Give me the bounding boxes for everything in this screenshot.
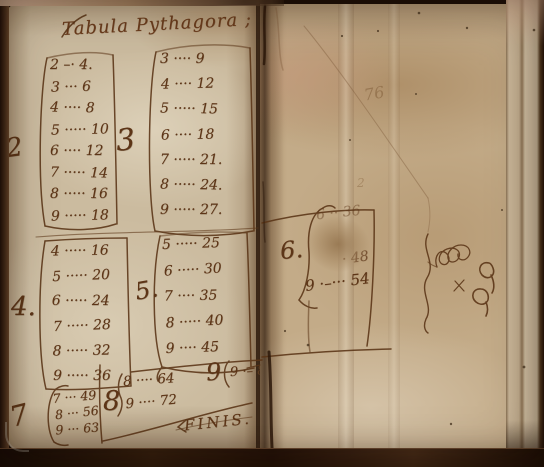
table-row: 9 ·–··· 54: [304, 269, 370, 295]
table-row: 4 ····· 16: [51, 243, 109, 269]
times-3-label: 3: [115, 122, 137, 159]
table-row: 7 ····· 21.: [160, 152, 222, 177]
table-row: 5 ····· 15: [160, 101, 223, 127]
page-title: Tabula Pythagora ;: [62, 9, 253, 40]
left-page: Tabula Pythagora ; 2 –· 4. 3 ··· 6 4 ···…: [8, 5, 256, 450]
ink-stain: [301, 210, 375, 278]
times-9-label: 9: [205, 358, 222, 387]
table-row: 9 ····· 27.: [160, 202, 222, 227]
times-8-table: 8 ···· 64 9 ···· 72: [123, 370, 177, 417]
table-row: 8 ····· 16: [50, 186, 108, 208]
table-row: 4 ···· 8: [50, 99, 108, 122]
table-row: 8 ····· 40: [165, 312, 224, 341]
book-edge-top: [0, 0, 284, 6]
table-row: 4 ···· 12: [161, 76, 224, 102]
faint-numeral: 76: [363, 82, 386, 104]
times-5-table: 5 ····· 25 6 ····· 30 7 ···· 35 8 ····· …: [162, 235, 224, 367]
book-edge-bottom: [0, 448, 544, 467]
table-row: 9 ··· 63: [55, 419, 100, 438]
faint-numeral: 2: [357, 176, 365, 190]
times-7-label: 7: [6, 397, 31, 433]
table-row: 2 –· 4.: [50, 57, 108, 79]
times-6-label: 6.: [279, 235, 304, 265]
table-row: 9 ····· 18: [51, 207, 109, 230]
table-row: 7 ···· 35: [164, 287, 222, 314]
table-row: 7 ····· 28: [53, 317, 112, 344]
book-edge-left: [0, 0, 9, 467]
times-3-table: 3 ···· 9 4 ···· 12 5 ····· 15 6 ···· 18 …: [160, 51, 222, 227]
table-row: 5 ····· 25: [162, 235, 221, 263]
table-row: 9 ···· 72: [125, 392, 178, 419]
book-photo: Tabula Pythagora ; 2 –· 4. 3 ··· 6 4 ···…: [0, 0, 544, 467]
table-row: 8 ····· 32: [52, 342, 110, 368]
times-8-label: 8: [103, 386, 120, 417]
finis-label: FINIS.: [183, 410, 252, 435]
times-4-label: 4.: [11, 292, 36, 322]
table-row: 5 ····· 10: [51, 121, 109, 144]
table-row: 8 ····· 24.: [160, 176, 223, 202]
page-stack-edge-top: [506, 0, 544, 46]
times-4-table: 4 ····· 16 5 ····· 20 6 ····· 24 7 ·····…: [51, 243, 111, 394]
page-stack-edge: [506, 0, 544, 467]
table-row: 6 ···· 12: [50, 143, 108, 165]
table-row: 5 ····· 20: [52, 267, 111, 294]
paper-crease: [388, 4, 400, 453]
table-row: 3 ··· 6: [51, 78, 109, 101]
times-7-table: 7 ··· 49 8 ··· 56 9 ··· 63: [52, 387, 100, 439]
right-page: 6. 6 ·· 36 · 48 9 ·–··· 54 76 2: [260, 4, 506, 453]
times-2-table: 2 –· 4. 3 ··· 6 4 ···· 8 5 ····· 10 6 ··…: [50, 57, 108, 229]
table-row: 6 ····· 30: [163, 260, 222, 289]
times-5-label: 5.: [133, 274, 160, 306]
table-row: 6 ···· 18: [161, 126, 224, 152]
table-row: 3 ···· 9: [160, 51, 222, 76]
table-row: 7 ····· 14: [50, 164, 108, 187]
table-row: 6 ····· 24: [52, 293, 110, 318]
